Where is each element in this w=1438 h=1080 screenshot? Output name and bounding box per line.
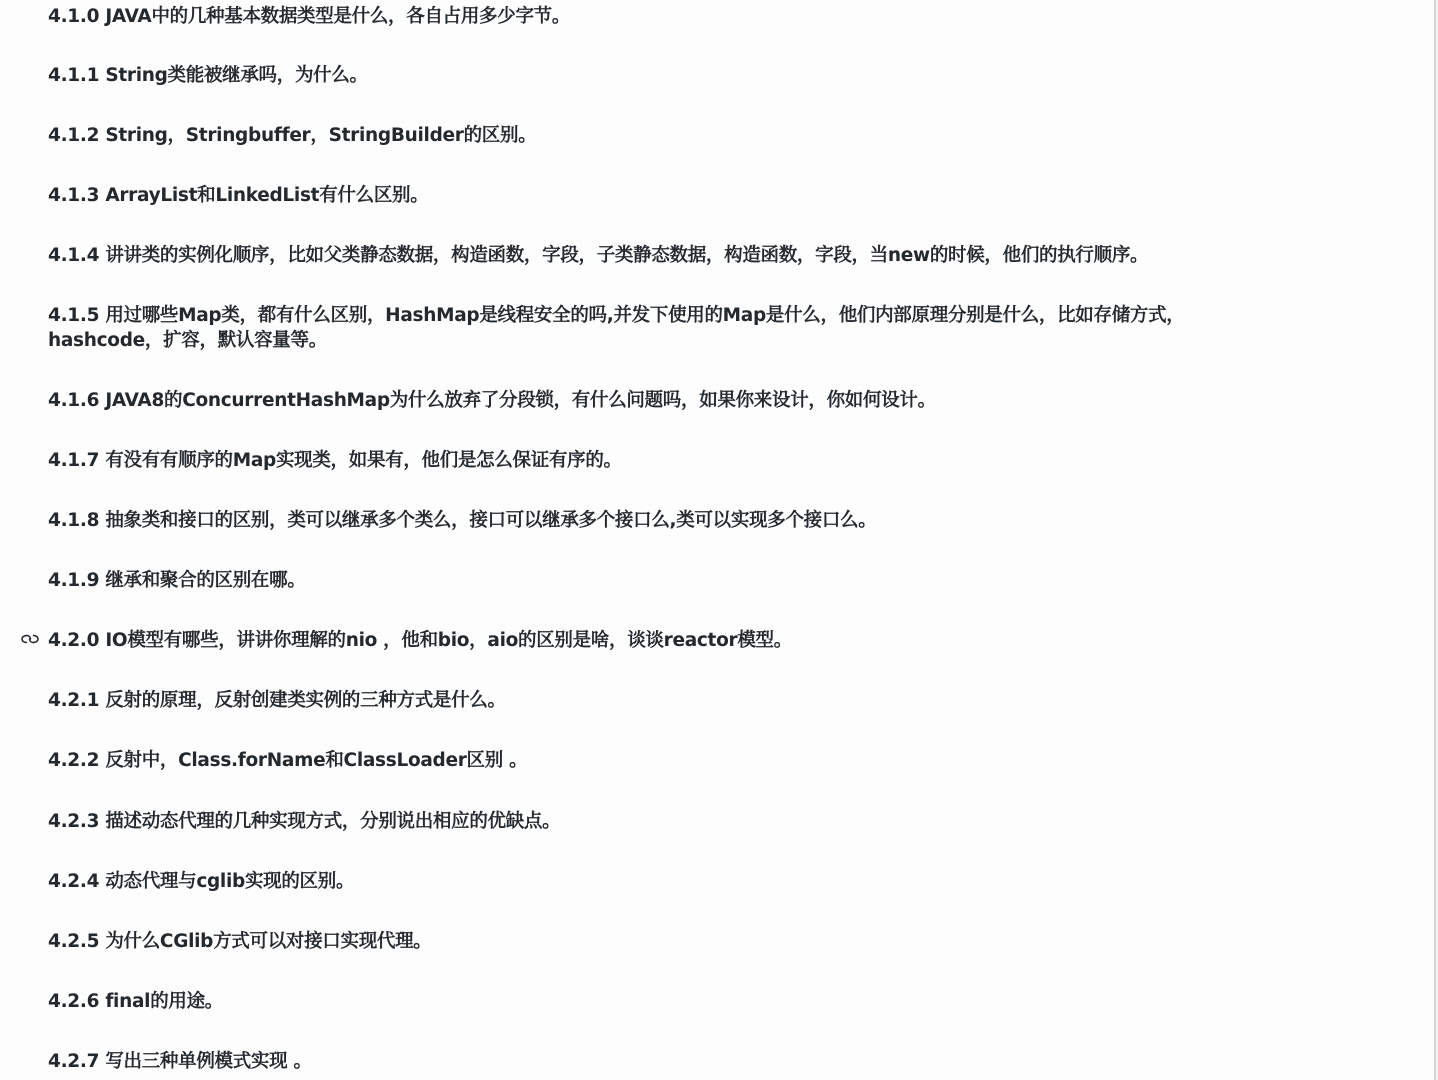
heading-4-1-3: 4.1.3 ArrayList和LinkedList有什么区别。 [48,183,1288,208]
heading-4-2-0: 4.2.0 IO模型有哪些，讲讲你理解的nio ，他和bio，aio的区别是啥，… [48,628,1288,653]
markdown-document: 4.1.0 JAVA中的几种基本数据类型是什么，各自占用多少字节。 4.1.1 … [0,0,1434,1080]
heading-4-1-8: 4.1.8 抽象类和接口的区别，类可以继承多个类么，接口可以继承多个接口么,类可… [48,508,1288,533]
heading-4-1-6: 4.1.6 JAVA8的ConcurrentHashMap为什么放弃了分段锁，有… [48,388,1288,413]
heading-4-1-1: 4.1.1 String类能被继承吗，为什么。 [48,63,1288,88]
heading-4-1-0: 4.1.0 JAVA中的几种基本数据类型是什么，各自占用多少字节。 [48,4,1288,29]
link-icon [18,629,42,649]
heading-anchor-link[interactable] [18,629,42,649]
heading-4-2-6: 4.2.6 final的用途。 [48,989,1288,1014]
heading-4-2-5: 4.2.5 为什么CGlib方式可以对接口实现代理。 [48,929,1288,954]
heading-4-2-1: 4.2.1 反射的原理，反射创建类实例的三种方式是什么。 [48,688,1288,713]
heading-4-2-3: 4.2.3 描述动态代理的几种实现方式，分别说出相应的优缺点。 [48,809,1288,834]
heading-4-1-9: 4.1.9 继承和聚合的区别在哪。 [48,568,1288,593]
heading-4-1-2: 4.1.2 String，Stringbuffer，StringBuilder的… [48,123,1288,148]
heading-4-1-7: 4.1.7 有没有有顺序的Map实现类，如果有，他们是怎么保证有序的。 [48,448,1288,473]
heading-4-2-7: 4.2.7 写出三种单例模式实现 。 [48,1049,1288,1074]
heading-4-2-2: 4.2.2 反射中，Class.forName和ClassLoader区别 。 [48,748,1288,773]
heading-4-1-4: 4.1.4 讲讲类的实例化顺序，比如父类静态数据，构造函数，字段，子类静态数据，… [48,243,1288,268]
heading-4-2-4: 4.2.4 动态代理与cglib实现的区别。 [48,869,1288,894]
heading-4-1-5: 4.1.5 用过哪些Map类，都有什么区别，HashMap是线程安全的吗,并发下… [48,303,1288,353]
